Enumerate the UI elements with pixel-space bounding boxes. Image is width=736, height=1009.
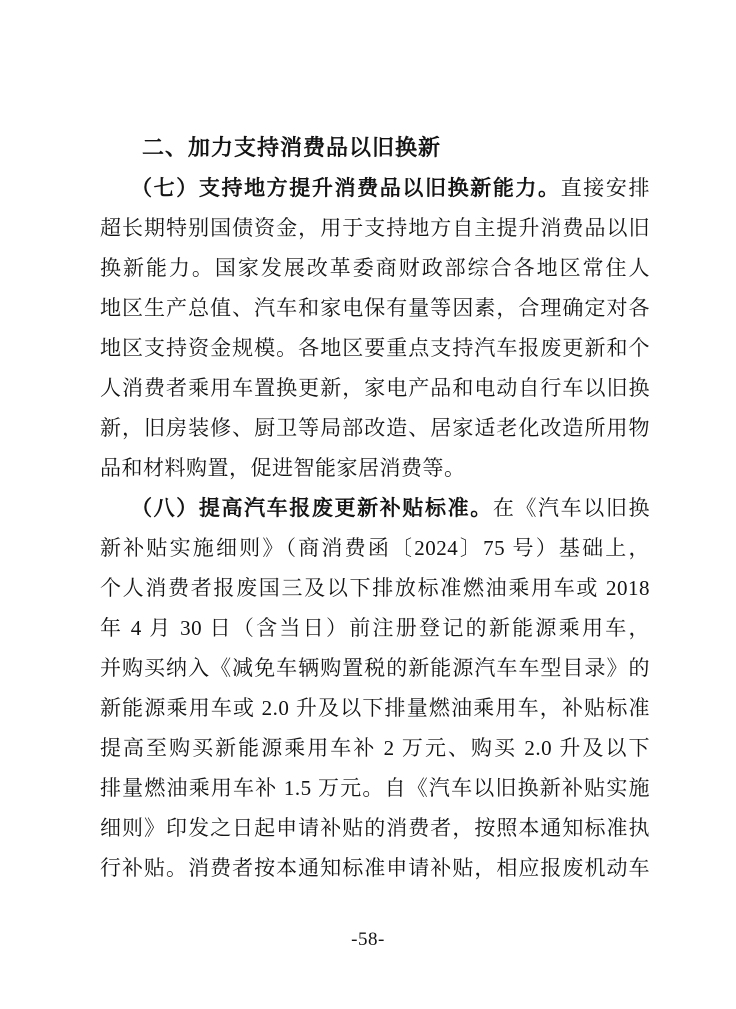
- paragraph-line: 并购买纳入《减免车辆购置税的新能源汽车车型目录》的: [100, 648, 650, 688]
- paragraph-line: 超长期特别国债资金，用于支持地方自主提升消费品以旧: [100, 208, 650, 248]
- paragraph-line: 细则》印发之日起申请补贴的消费者，按照本通知标准执: [100, 808, 650, 848]
- page-number: -58-: [0, 925, 736, 955]
- paragraph-lead-rest: 在《汽车以旧换: [493, 496, 650, 520]
- paragraph-lead-bold: （八）提高汽车报废更新补贴标准。: [131, 496, 493, 520]
- document-page: 二、加力支持消费品以旧换新 （七）支持地方提升消费品以旧换新能力。直接安排 超长…: [0, 0, 736, 1009]
- paragraph-line: 新补贴实施细则》（商消费函〔2024〕75 号）基础上，: [100, 528, 650, 568]
- section-heading: 二、加力支持消费品以旧换新: [100, 128, 650, 168]
- paragraph-lead-rest: 直接安排: [561, 176, 650, 200]
- paragraph-line: 人消费者乘用车置换更新，家电产品和电动自行车以旧换: [100, 368, 650, 408]
- paragraph-line: 新能源乘用车或 2.0 升及以下排量燃油乘用车，补贴标准: [100, 688, 650, 728]
- paragraph-line: 地区生产总值、汽车和家电保有量等因素，合理确定对各: [100, 288, 650, 328]
- paragraph-line: 行补贴。消费者按本通知标准申请补贴，相应报废机动车: [100, 848, 650, 888]
- paragraph-line: 换新能力。国家发展改革委商财政部综合各地区常住人口、: [100, 248, 650, 288]
- paragraph-line: （七）支持地方提升消费品以旧换新能力。直接安排: [100, 168, 650, 208]
- paragraph-line: 新，旧房装修、厨卫等局部改造、居家适老化改造所用物: [100, 408, 650, 448]
- paragraph-line: 年 4 月 30 日（含当日）前注册登记的新能源乘用车，: [100, 608, 650, 648]
- paragraph-line: 地区支持资金规模。各地区要重点支持汽车报废更新和个: [100, 328, 650, 368]
- paragraph-line: 个人消费者报废国三及以下排放标准燃油乘用车或 2018: [100, 568, 650, 608]
- paragraph-lead-bold: （七）支持地方提升消费品以旧换新能力。: [131, 176, 561, 200]
- document-text-block: 二、加力支持消费品以旧换新 （七）支持地方提升消费品以旧换新能力。直接安排 超长…: [100, 128, 650, 888]
- paragraph-line: 提高至购买新能源乘用车补 2 万元、购买 2.0 升及以下: [100, 728, 650, 768]
- paragraph-line: 排量燃油乘用车补 1.5 万元。自《汽车以旧换新补贴实施: [100, 768, 650, 808]
- paragraph-line: （八）提高汽车报废更新补贴标准。在《汽车以旧换: [100, 488, 650, 528]
- paragraph-line: 品和材料购置，促进智能家居消费等。: [100, 448, 650, 488]
